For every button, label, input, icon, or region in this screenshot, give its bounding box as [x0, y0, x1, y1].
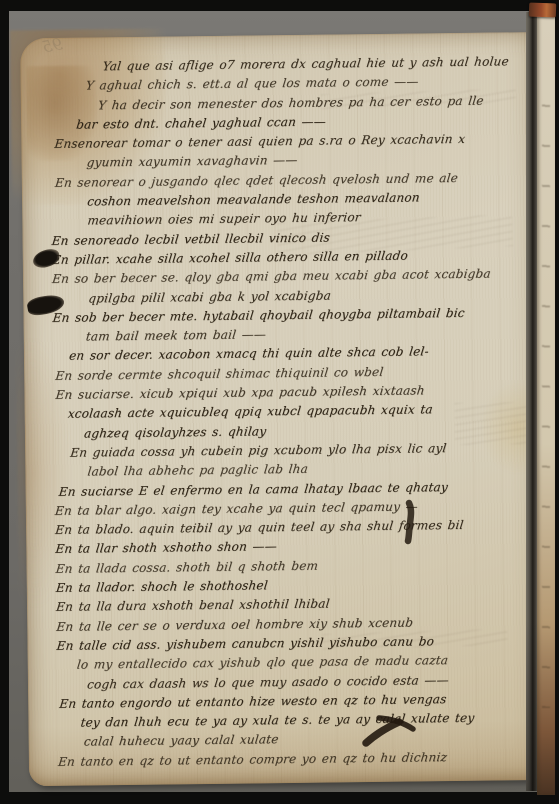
adjacent-page-edge [537, 13, 555, 795]
manuscript-page: 95 Yal que asi aflige o7 morera dx caghu… [20, 32, 543, 786]
binding-clasp [529, 3, 556, 18]
text-block: Yal que asi aflige o7 morera dx caghual … [46, 52, 537, 782]
folio-number: 95 [41, 34, 65, 56]
adjacent-page-text-marks [542, 68, 550, 708]
manuscript-photo: 95 Yal que asi aflige o7 morera dx caghu… [0, 0, 559, 804]
